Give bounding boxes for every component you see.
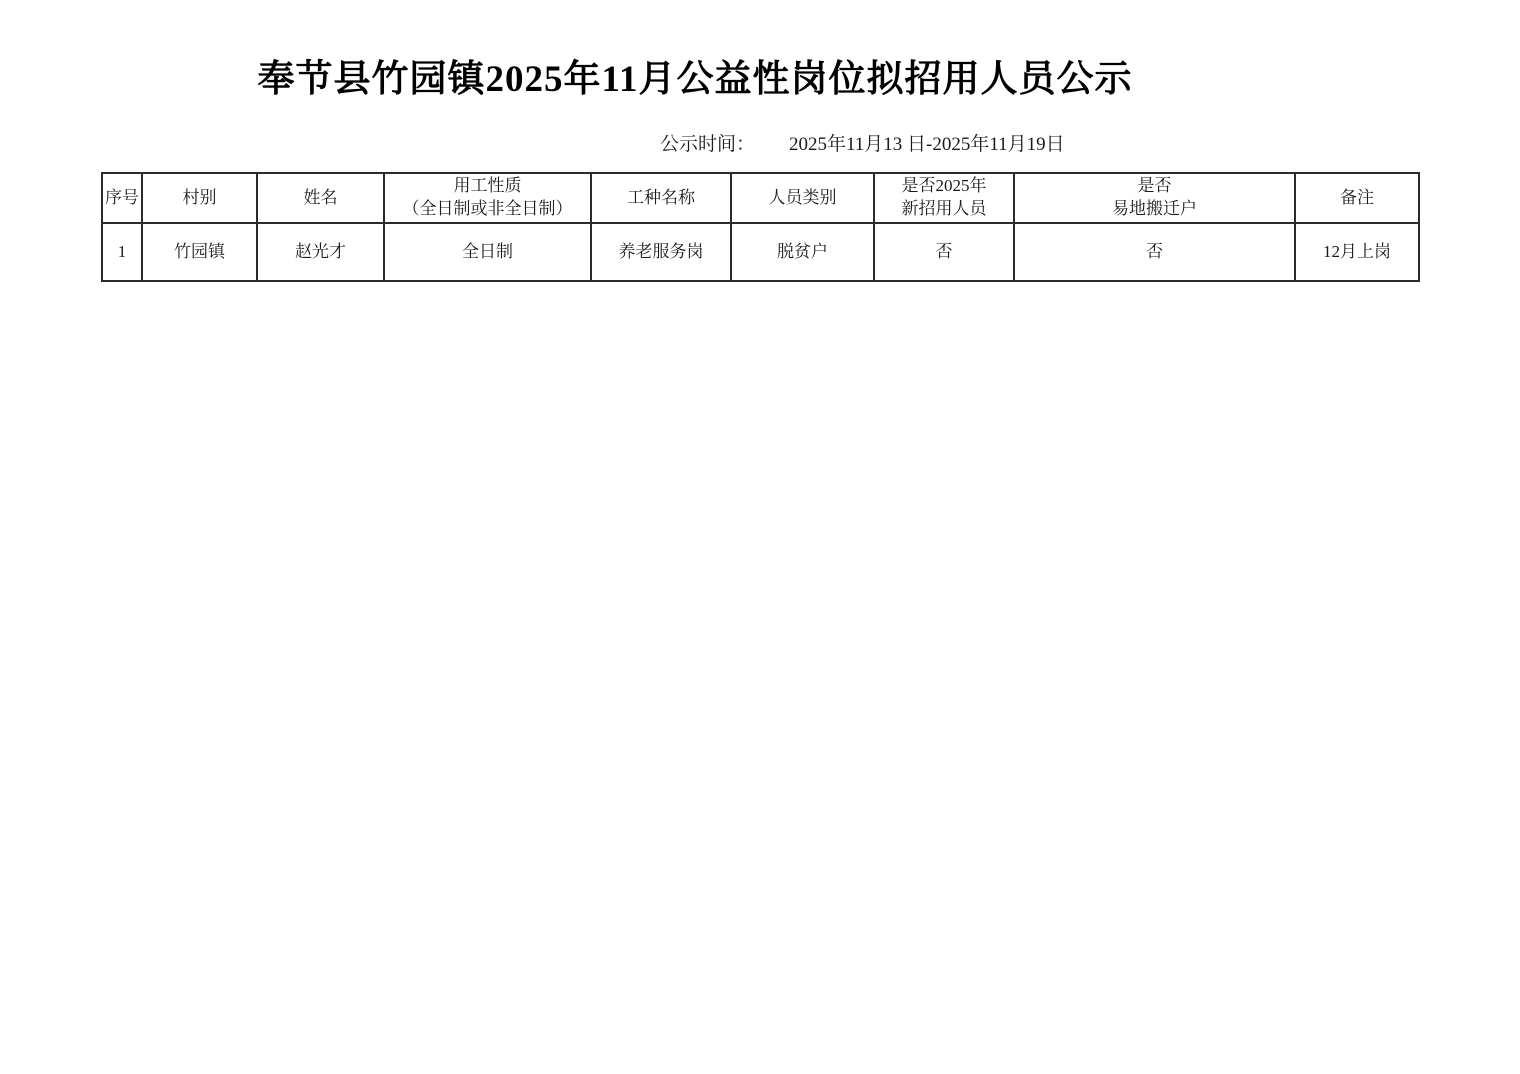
publicity-period: 公示时间：2025年11月13 日-2025年11月19日 [660,129,1065,156]
cell-person-category: 脱贫户 [731,223,874,281]
cell-name: 赵光才 [257,223,384,281]
publicity-period-value: 2025年11月13 日-2025年11月19日 [789,134,1065,155]
header-new-recruit-2025: 是否2025年 新招用人员 [874,173,1014,223]
document-page: 奉节县竹园镇2025年11月公益性岗位拟招用人员公示 公示时间：2025年11月… [0,0,1520,1074]
page-title: 奉节县竹园镇2025年11月公益性岗位拟招用人员公示 [0,48,1390,102]
cell-seq-no: 1 [102,223,142,281]
header-village: 村别 [142,173,257,223]
cell-relocated-household: 否 [1014,223,1295,281]
table-row: 1 竹园镇 赵光才 全日制 养老服务岗 脱贫户 否 否 12月上岗 [102,223,1419,281]
header-relocated-household: 是否 易地搬迁户 [1014,173,1295,223]
header-person-category: 人员类别 [731,173,874,223]
recruitment-table: 序号 村别 姓名 用工性质 （全日制或非全日制） 工种名称 人员类别 是否202… [101,172,1420,282]
header-name: 姓名 [257,173,384,223]
header-employment-type: 用工性质 （全日制或非全日制） [384,173,591,223]
cell-job-title: 养老服务岗 [591,223,731,281]
cell-remarks: 12月上岗 [1295,223,1419,281]
header-remarks: 备注 [1295,173,1419,223]
header-job-title: 工种名称 [591,173,731,223]
publicity-period-label: 公示时间： [660,134,755,155]
header-seq-no: 序号 [102,173,142,223]
cell-village: 竹园镇 [142,223,257,281]
table-header-row: 序号 村别 姓名 用工性质 （全日制或非全日制） 工种名称 人员类别 是否202… [102,173,1419,223]
cell-new-recruit-2025: 否 [874,223,1014,281]
cell-employment-type: 全日制 [384,223,591,281]
